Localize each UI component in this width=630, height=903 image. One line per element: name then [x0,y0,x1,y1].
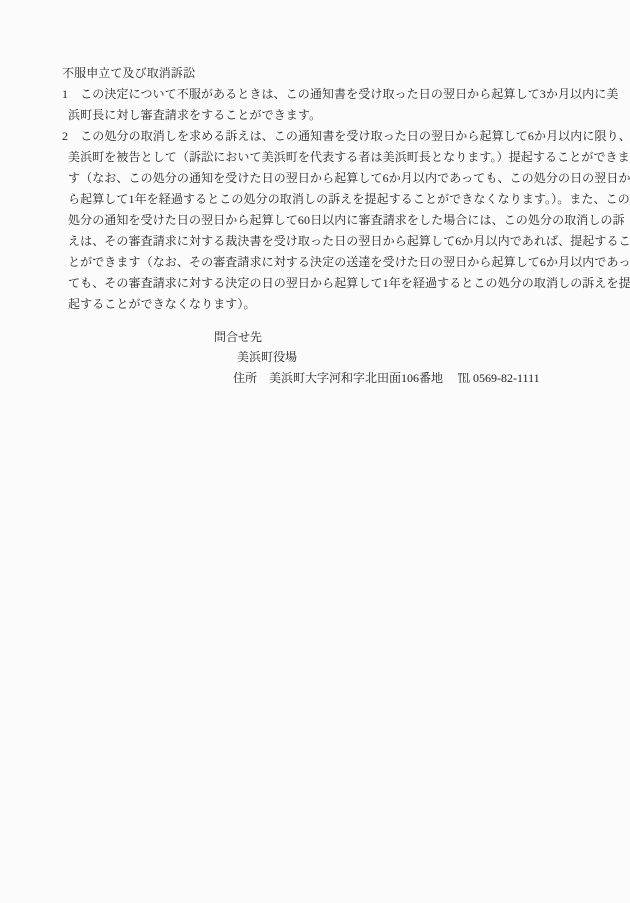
document-body: 不服申立て及び取消訴訟 1 この決定について不服があるときは、この通知書を受け取… [62,63,582,315]
body-line-2: 浜町長に対し審査請求をすることができます。 [62,105,582,126]
contact-office-name: 美浜町役場 [237,347,297,368]
body-line-3: 2 この処分の取消しを求める訴えは、この通知書を受け取った日の翌日から起算して6… [62,126,582,147]
document-page: 不服申立て及び取消訴訟 1 この決定について不服があるときは、この通知書を受け取… [0,0,630,903]
document-title: 不服申立て及び取消訴訟 [62,63,582,84]
body-line-5: す（なお、この処分の通知を受けた日の翌日から起算して6か月以内であっても、この処… [62,168,582,189]
body-line-4: 美浜町を被告として（訴訟において美浜町を代表する者は美浜町長となります。）提起す… [62,147,582,168]
contact-address: 住所 美浜町大字河和字北田面106番地 ℡ 0569-82-1111 [233,368,540,389]
body-line-8: えは、その審査請求に対する裁決書を受け取った日の翌日から起算して6か月以内であれ… [62,231,582,252]
body-line-9: とができます（なお、その審査請求に対する決定の送達を受けた日の翌日から起算して6… [62,252,582,273]
body-line-10: ても、その審査請求に対する決定の日の翌日から起算して1年を経過するとこの処分の取… [62,273,582,294]
body-line-6: ら起算して1年を経過するとこの処分の取消しの訴えを提起することができなくなります… [62,189,582,210]
body-line-11: 起することができなくなります）。 [62,294,582,315]
body-line-1: 1 この決定について不服があるときは、この通知書を受け取った日の翌日から起算して… [62,84,582,105]
contact-heading: 問合せ先 [214,327,262,348]
body-line-7: 処分の通知を受けた日の翌日から起算して60日以内に審査請求をした場合には、この処… [62,210,582,231]
